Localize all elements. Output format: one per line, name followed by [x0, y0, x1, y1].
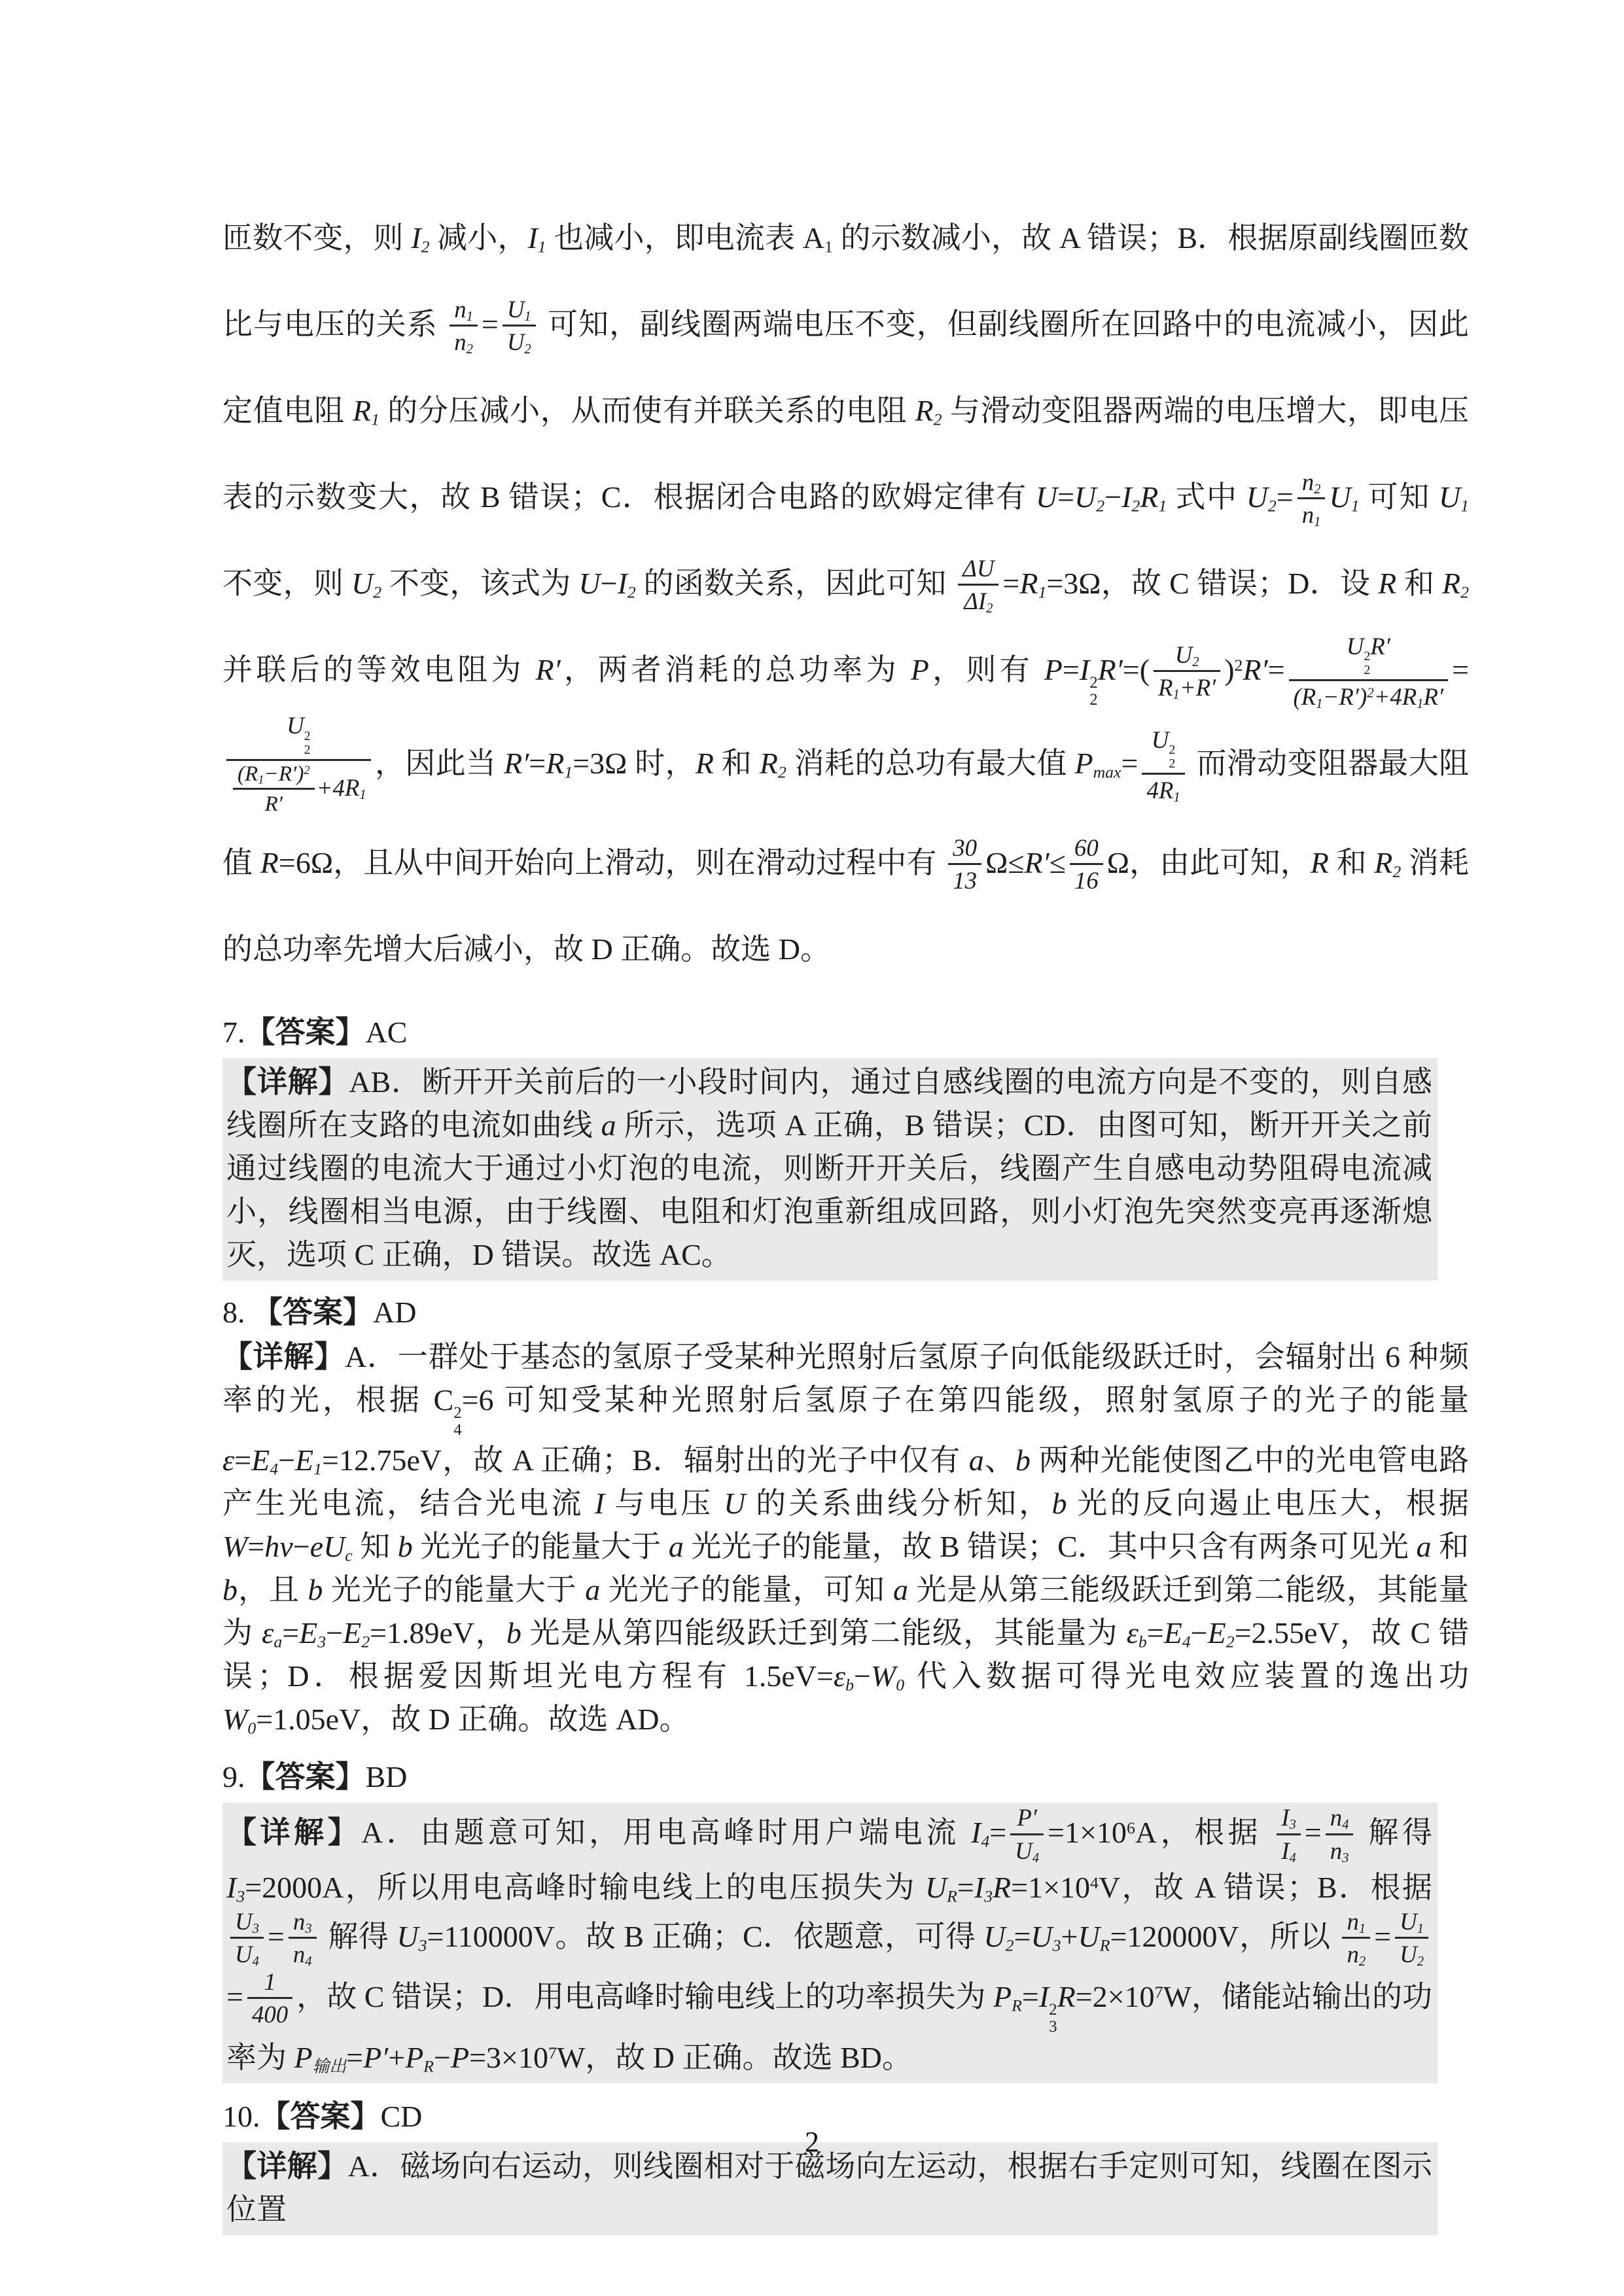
text-run: 也减小，即电流表 [546, 221, 803, 255]
math-variable: R1 [1402, 683, 1424, 710]
math-variable: I2 [1121, 480, 1140, 514]
text-run: W，故 D 正确。故选 BD。 [557, 2041, 912, 2074]
text-run: V，故 A 错误；B．根据 [1099, 1871, 1432, 1904]
text-run: = [1147, 1616, 1164, 1650]
text-run: − [854, 1659, 871, 1693]
text-run: C24 [434, 1383, 462, 1417]
math-subscript: 2 [1268, 496, 1277, 515]
math-variable: R1 [345, 774, 366, 801]
text-run: ，则有 [929, 653, 1044, 686]
text-run: +4 [317, 774, 345, 801]
math-subscript: 1 [258, 773, 264, 786]
math-variable: R′ [1243, 653, 1267, 686]
label-bold: 【详解】 [226, 1816, 361, 1849]
text-run: 解得 [1357, 1816, 1432, 1849]
text-run: 和 [714, 747, 760, 780]
math-variable: R′ [1196, 674, 1216, 701]
math-variable: R′ [265, 792, 283, 816]
math-subscript: 2 [467, 343, 473, 357]
text-run: 的函数关系，因此可知 [636, 567, 954, 600]
math-subscript: 3 [253, 1922, 259, 1936]
math-variable: b [222, 1573, 238, 1606]
label-bold: 【答案】 [245, 1016, 366, 1049]
text-run: 不变，该式为 [381, 567, 578, 600]
text-run: =3×107 [469, 2041, 557, 2074]
text-run: 并联后的等效电阻为 [222, 653, 535, 686]
math-subscript: 3 [1342, 1851, 1349, 1865]
math-variable: a [1417, 1530, 1432, 1563]
math-variable: P [911, 653, 929, 686]
math-variable: R1 [1301, 683, 1323, 710]
math-fraction: n1n2 [1342, 1907, 1370, 1968]
text-run: = [268, 1920, 285, 1953]
page-number: 2 [805, 2126, 819, 2158]
text-run: = [989, 1816, 1006, 1849]
text-run: = [1305, 1816, 1322, 1849]
math-variable: U22 [1152, 726, 1176, 753]
text-run: 消耗的总功有最大值 [786, 747, 1075, 780]
math-variable: I1 [527, 221, 546, 255]
text-run: 式中 [1167, 480, 1246, 514]
math-fraction: U22R′(R1−R′)2+4R1R′ [1289, 632, 1449, 711]
math-subscript: 1 [824, 237, 833, 256]
text-run: 9. [222, 1760, 245, 1793]
math-variable: n3 [1330, 1837, 1349, 1864]
math-subscript: 2 [361, 1633, 370, 1651]
text-run: 不变，则 [222, 567, 351, 600]
text-run: − [1323, 683, 1339, 710]
math-variable: W0 [222, 1703, 256, 1736]
math-variable: U3 [1031, 1920, 1061, 1953]
math-subscript: 2 [1460, 582, 1469, 601]
math-fraction: 1400 [247, 1968, 292, 2028]
text-run: = [1121, 747, 1138, 780]
math-variable: ΔU [962, 555, 994, 582]
math-variable: R [1378, 567, 1396, 600]
text-run: 7. [222, 1016, 245, 1049]
math-variable: εa [262, 1616, 282, 1650]
math-variable: ΔI2 [964, 588, 993, 614]
math-variable: U2 [1175, 641, 1199, 668]
math-variable: b [506, 1616, 521, 1650]
math-subscript: 1 [1158, 496, 1167, 515]
math-subscript: 1 [371, 410, 380, 429]
text-run: BD [366, 1760, 408, 1793]
text-run: =2000A，所以用电高峰时输电线上的电压损失为 [245, 1871, 925, 1904]
math-variable: PR [405, 2041, 434, 2074]
math-fraction: U224R1 [1142, 726, 1184, 804]
text-run: 的关系曲线分析知， [745, 1487, 1051, 1520]
math-variable: n1 [454, 296, 473, 323]
math-subscript: 2 [421, 237, 430, 256]
math-fraction: U3U4 [230, 1907, 264, 1968]
math-variable: W [222, 1530, 247, 1563]
math-variable: b [398, 1530, 413, 1563]
text-run: 的分压减小，从而使有并联关系的电阻 [380, 394, 915, 427]
math-variable: eUc [310, 1530, 353, 1563]
math-subscript: 3 [305, 1922, 311, 1936]
text-run: A．磁场向右运动，则线圈相对于磁场向左运动，根据右手定则可知，线圈在图示位置 [226, 2149, 1432, 2226]
math-variable: I2 [618, 567, 636, 600]
math-variable: a [969, 1443, 984, 1477]
math-variable: b [308, 1573, 323, 1606]
math-subscript: 4 [1182, 1633, 1191, 1651]
text-run: 8. [222, 1296, 253, 1329]
math-supsub: 22 [304, 730, 311, 757]
math-variable: R1 [1158, 674, 1180, 701]
text-run: 16 [1074, 867, 1099, 894]
text-run: =( [1123, 653, 1150, 686]
math-subscript: b [1139, 1633, 1147, 1651]
text-run: 1 [264, 1968, 275, 1995]
math-variable: n4 [1330, 1804, 1349, 1831]
math-subscript: b [845, 1676, 854, 1695]
math-variable: W0 [871, 1659, 904, 1693]
text-run: AC [366, 1016, 408, 1049]
math-subscript: 4 [305, 1954, 311, 1969]
math-variable: U2 [1246, 480, 1277, 514]
math-variable: R′ [1370, 633, 1390, 660]
math-variable: U1 [1439, 480, 1469, 514]
math-variable: n1 [1302, 501, 1321, 528]
text-run: − [293, 1530, 310, 1563]
math-subscript: 4 [1033, 1851, 1039, 1865]
text-run: − [264, 762, 279, 786]
math-fraction: I3I4 [1277, 1803, 1301, 1863]
math-variable: a [893, 1573, 908, 1606]
text-run: = [234, 1443, 251, 1477]
paragraph-q6-detail: 匝数不变，则 I2 减小，I1 也减小，即电流表 A1 的示数减小，故 A 错误… [222, 195, 1469, 993]
text-run: ，且 [238, 1573, 308, 1606]
math-variable: U2 [351, 567, 381, 600]
text-run: =1×104 [1011, 1871, 1099, 1904]
math-variable: P [1044, 653, 1063, 686]
math-variable: R [1057, 1980, 1076, 2013]
text-run: = [1014, 1920, 1031, 1953]
math-variable: b [1015, 1443, 1031, 1477]
math-variable: U2 [507, 328, 531, 355]
math-variable: E2 [1208, 1616, 1235, 1650]
math-variable: R2 [760, 747, 786, 780]
text-run: +4 [1374, 683, 1402, 710]
text-run: 减小， [429, 221, 527, 255]
document-body: 匝数不变，则 I2 减小，I1 也减小，即电流表 A1 的示数减小，故 A 错误… [222, 195, 1469, 2235]
math-subscript: 2 [1131, 496, 1140, 515]
math-subscript: 1 [1417, 697, 1423, 711]
math-subscript: 输出 [313, 2057, 347, 2075]
math-superscript: 6 [1127, 1818, 1135, 1837]
math-subscript: 4 [1342, 1818, 1349, 1833]
text-run: 和 [1396, 567, 1442, 600]
math-variable: U4 [235, 1941, 259, 1968]
math-variable: E4 [251, 1443, 278, 1477]
math-fraction: (R1−R′)2R′ [233, 761, 315, 816]
math-supsub: 22 [1169, 743, 1175, 771]
math-variable: I3 [226, 1871, 245, 1904]
math-subscript: max [1093, 762, 1121, 781]
text-run: = [247, 1530, 264, 1563]
page-footer: 2 [0, 2125, 1624, 2159]
text-run: =2×107 [1076, 1980, 1163, 2013]
math-subscript: R [947, 1886, 957, 1905]
text-run: =1.89eV， [370, 1616, 506, 1650]
math-subscript: 3 [317, 1633, 326, 1651]
detail-q7: 【详解】AB．断开开关前后的一小段时间内，通过自感线圈的电流方向是不变的，则自感… [222, 1058, 1438, 1280]
text-run: 60 [1074, 834, 1099, 861]
math-fraction: ΔUΔI2 [958, 554, 998, 614]
math-variable: P输出 [294, 2041, 347, 2074]
math-variable: Pmax [1074, 747, 1121, 780]
text-run: = [529, 747, 546, 780]
text-run: 13 [953, 867, 977, 894]
math-variable: U2 [983, 1920, 1014, 1953]
text-run: 代入数据可得光电效应装置的逸出功 [904, 1659, 1469, 1693]
math-subscript: 1 [1173, 688, 1180, 703]
math-subscript: 2 [778, 762, 786, 781]
math-variable: n2 [1302, 468, 1321, 495]
math-variable: I23 [1039, 1980, 1057, 2013]
math-variable: U [578, 567, 600, 600]
math-variable: P′ [363, 2041, 388, 2074]
text-run: 光光子的能量，可知 [600, 1573, 893, 1606]
text-run: =1.05eV，故 D 正确。故选 AD。 [256, 1703, 689, 1736]
math-variable: U1 [507, 296, 531, 323]
math-variable: UR [1078, 1920, 1110, 1953]
text-run: )2 [1359, 683, 1374, 710]
math-subscript: 1 [564, 762, 573, 781]
math-supsub: 22 [1364, 650, 1370, 677]
math-variable: R2 [1374, 846, 1401, 879]
text-run: 光是从第四能级跃迁到第二能级，其能量为 [521, 1616, 1127, 1650]
math-variable: U [1036, 480, 1057, 514]
text-run: = [282, 1616, 299, 1650]
math-fraction: U2R1+R′ [1154, 641, 1220, 701]
text-run: ( [238, 762, 245, 786]
math-subscript: 3 [236, 1886, 245, 1905]
math-subscript: 1 [1351, 496, 1360, 515]
math-variable: E2 [343, 1616, 370, 1650]
math-variable: n4 [293, 1941, 312, 1968]
math-variable: I2 [411, 221, 429, 255]
math-variable: P [451, 2041, 469, 2074]
math-subscript: 1 [467, 309, 473, 324]
math-variable: P′ [1017, 1804, 1037, 1831]
text-run: + [1061, 1920, 1078, 1953]
math-variable: E3 [299, 1616, 326, 1650]
math-subscript: 2 [1226, 1633, 1235, 1651]
math-variable: b [1051, 1487, 1067, 1520]
math-fraction: 6016 [1070, 834, 1103, 894]
math-subscript: 2 [1417, 1954, 1424, 1969]
math-variable: R [260, 846, 279, 879]
math-variable: R1 [546, 747, 573, 780]
text-run: 解得 [321, 1920, 397, 1953]
text-run: A，根据 [1135, 1816, 1273, 1849]
text-run: 可知 [1360, 480, 1439, 514]
text-run: 光光子的能量，故 B 错误；C．其中只含有两条可见光 [684, 1530, 1417, 1563]
text-run: =120000V，所以 [1110, 1920, 1338, 1953]
math-subscript: 2 [1006, 1935, 1014, 1954]
math-variable: I3 [974, 1871, 993, 1904]
text-run: ≤ [1050, 846, 1066, 879]
math-fraction: P′U4 [1010, 1803, 1044, 1863]
math-subscript: a [274, 1633, 282, 1651]
text-run: =6Ω，且从中间开始向上滑动，则在滑动过程中有 [279, 846, 944, 879]
math-subscript: 1 [359, 788, 366, 802]
math-superscript: 4 [1090, 1873, 1099, 1892]
math-subscript: 2 [373, 582, 381, 601]
text-run: = [1002, 567, 1019, 600]
text-run: = [1452, 653, 1469, 686]
math-superscript: 7 [1155, 1983, 1163, 2002]
text-run: 光光子的能量大于 [413, 1530, 669, 1563]
text-run: A．由题意可知，用电高峰时用户端电流 [361, 1816, 971, 1849]
text-run: 知 [353, 1530, 398, 1563]
text-run: ( [1294, 683, 1301, 710]
math-subscript: 4 [253, 1954, 259, 1969]
text-run: A1 [803, 221, 833, 255]
math-subscript: 1 [1314, 516, 1320, 530]
math-variable: a [601, 1108, 616, 1142]
math-variable: R′ [535, 653, 560, 686]
text-run: = [1022, 1980, 1039, 2013]
math-subscript: R [423, 2057, 434, 2075]
text-run: − [1104, 480, 1121, 514]
math-subscript: 1 [1359, 1922, 1366, 1936]
text-run: 光的反向遏止电压大，根据 [1067, 1487, 1469, 1520]
text-run: = [957, 1871, 974, 1904]
math-supsub: 23 [1049, 2002, 1057, 2036]
math-variable: R [696, 747, 714, 780]
math-variable: R [993, 1871, 1011, 1904]
math-variable: εb [834, 1659, 854, 1693]
label-bold: 【答案】 [253, 1296, 373, 1329]
text-run: − [1191, 1616, 1208, 1650]
math-variable: R′ [1424, 683, 1444, 710]
math-fraction: U22(R1−R′)2R′+4R1 [226, 711, 371, 818]
math-variable: E4 [1164, 1616, 1191, 1650]
text-run: = [1374, 1920, 1391, 1953]
math-variable: PR [993, 1980, 1022, 2013]
math-variable: I4 [971, 1816, 989, 1849]
math-subscript: R [1012, 1996, 1022, 2015]
math-variable: I4 [1281, 1837, 1296, 1864]
text-run: =3Ω 时， [573, 747, 696, 780]
math-subscript: 3 [984, 1886, 993, 1905]
text-run: ，两者消耗的总功率为 [561, 653, 911, 686]
math-variable: R1 [245, 762, 264, 786]
math-variable: I3 [1281, 1804, 1296, 1831]
math-variable: a [585, 1573, 600, 1606]
text-run: =1×106 [1048, 1816, 1135, 1849]
math-subscript: 2 [1392, 862, 1401, 881]
text-run: =110000V。故 B 正确；C．依题意，可得 [427, 1920, 984, 1953]
math-fraction: 3013 [948, 834, 981, 894]
math-variable: I [595, 1487, 605, 1520]
text-run: 4 [1146, 777, 1158, 804]
math-variable: UR [925, 1871, 957, 1904]
text-run: Ω≤ [985, 846, 1024, 879]
text-run: 30 [953, 834, 977, 861]
text-run: 匝数不变，则 [222, 221, 411, 255]
math-variable: εb [1127, 1616, 1147, 1650]
math-supsub: 24 [453, 1405, 461, 1439]
math-subscript: 2 [1096, 496, 1104, 515]
document-page: { "page": { "footer_page_number": "2" },… [0, 0, 1624, 2296]
math-variable: U1 [1400, 1908, 1424, 1935]
math-fraction: n4n3 [1326, 1803, 1354, 1863]
math-supsub: 22 [1089, 675, 1097, 709]
math-variable: U2 [1400, 1941, 1424, 1968]
text-run: − [601, 567, 618, 600]
math-variable: E1 [295, 1443, 322, 1477]
text-run: = [1277, 480, 1294, 514]
math-variable: R′ [1339, 683, 1359, 710]
text-run: = [226, 1980, 243, 2013]
math-fraction: U1U2 [1395, 1907, 1428, 1968]
math-subscript: 2 [986, 602, 993, 616]
math-superscript: 7 [548, 2043, 557, 2062]
math-subscript: 1 [1417, 1922, 1424, 1936]
math-variable: R [1311, 846, 1329, 879]
math-variable: n1 [1347, 1908, 1366, 1935]
math-variable: R′ [1025, 846, 1050, 879]
math-variable: n2 [454, 328, 473, 355]
math-subscript: 3 [419, 1935, 427, 1954]
text-run: )2 [1224, 653, 1243, 686]
math-variable: U2 [1074, 480, 1104, 514]
math-variable: U4 [1015, 1837, 1039, 1864]
math-subscript: 2 [1314, 482, 1320, 497]
text-run: = [1057, 480, 1074, 514]
math-subscript: 1 [1316, 697, 1322, 711]
detail-q9: 【详解】A．由题意可知，用电高峰时用户端电流 I4=P′U4=1×106A，根据… [222, 1803, 1438, 2083]
text-run: Ω，由此可知， [1107, 846, 1311, 879]
text-run: AD [373, 1296, 416, 1329]
text-run: ，故 C 错误；D．设 [1101, 567, 1378, 600]
math-subscript: 2 [524, 343, 531, 357]
text-run: ，故 C 错误；D．用电高峰时输电线上的功率损失为 [296, 1980, 993, 2013]
math-subscript: 1 [1173, 790, 1180, 805]
math-variable: R1 [353, 394, 380, 427]
text-run: = [1268, 653, 1285, 686]
answer-head-q9: 9.【答案】BD [222, 1754, 1469, 1800]
text-run: 400 [252, 2001, 288, 2028]
text-run: )2 [296, 762, 309, 786]
detail-q8: 【详解】A．一群处于基态的氢原子受某种光照射后氢原子向低能级跃迁时，会辐射出 6… [222, 1335, 1469, 1742]
math-variable: I22 [1080, 653, 1098, 686]
math-superscript: 2 [1367, 686, 1373, 701]
math-variable: n3 [293, 1908, 312, 1935]
math-subscript: 4 [1289, 1851, 1296, 1865]
text-run: =3Ω [1046, 567, 1101, 600]
math-subscript: R [1100, 1935, 1110, 1954]
math-variable: R1 [1019, 567, 1046, 600]
math-fraction: n1n2 [450, 295, 478, 355]
math-variable: R2 [1442, 567, 1469, 600]
text-run: 、 [984, 1443, 1015, 1477]
text-run: = [346, 2041, 363, 2074]
math-superscript: 2 [304, 763, 309, 777]
math-variable: R1 [1140, 480, 1167, 514]
math-variable: R1 [1159, 777, 1180, 804]
math-variable: R′ [1098, 653, 1123, 686]
text-run: − [278, 1443, 295, 1477]
math-variable: U22 [1347, 633, 1371, 660]
math-fraction: U1U2 [503, 295, 536, 355]
text-run: 与电压 [605, 1487, 724, 1520]
math-fraction: n2n1 [1297, 468, 1326, 528]
